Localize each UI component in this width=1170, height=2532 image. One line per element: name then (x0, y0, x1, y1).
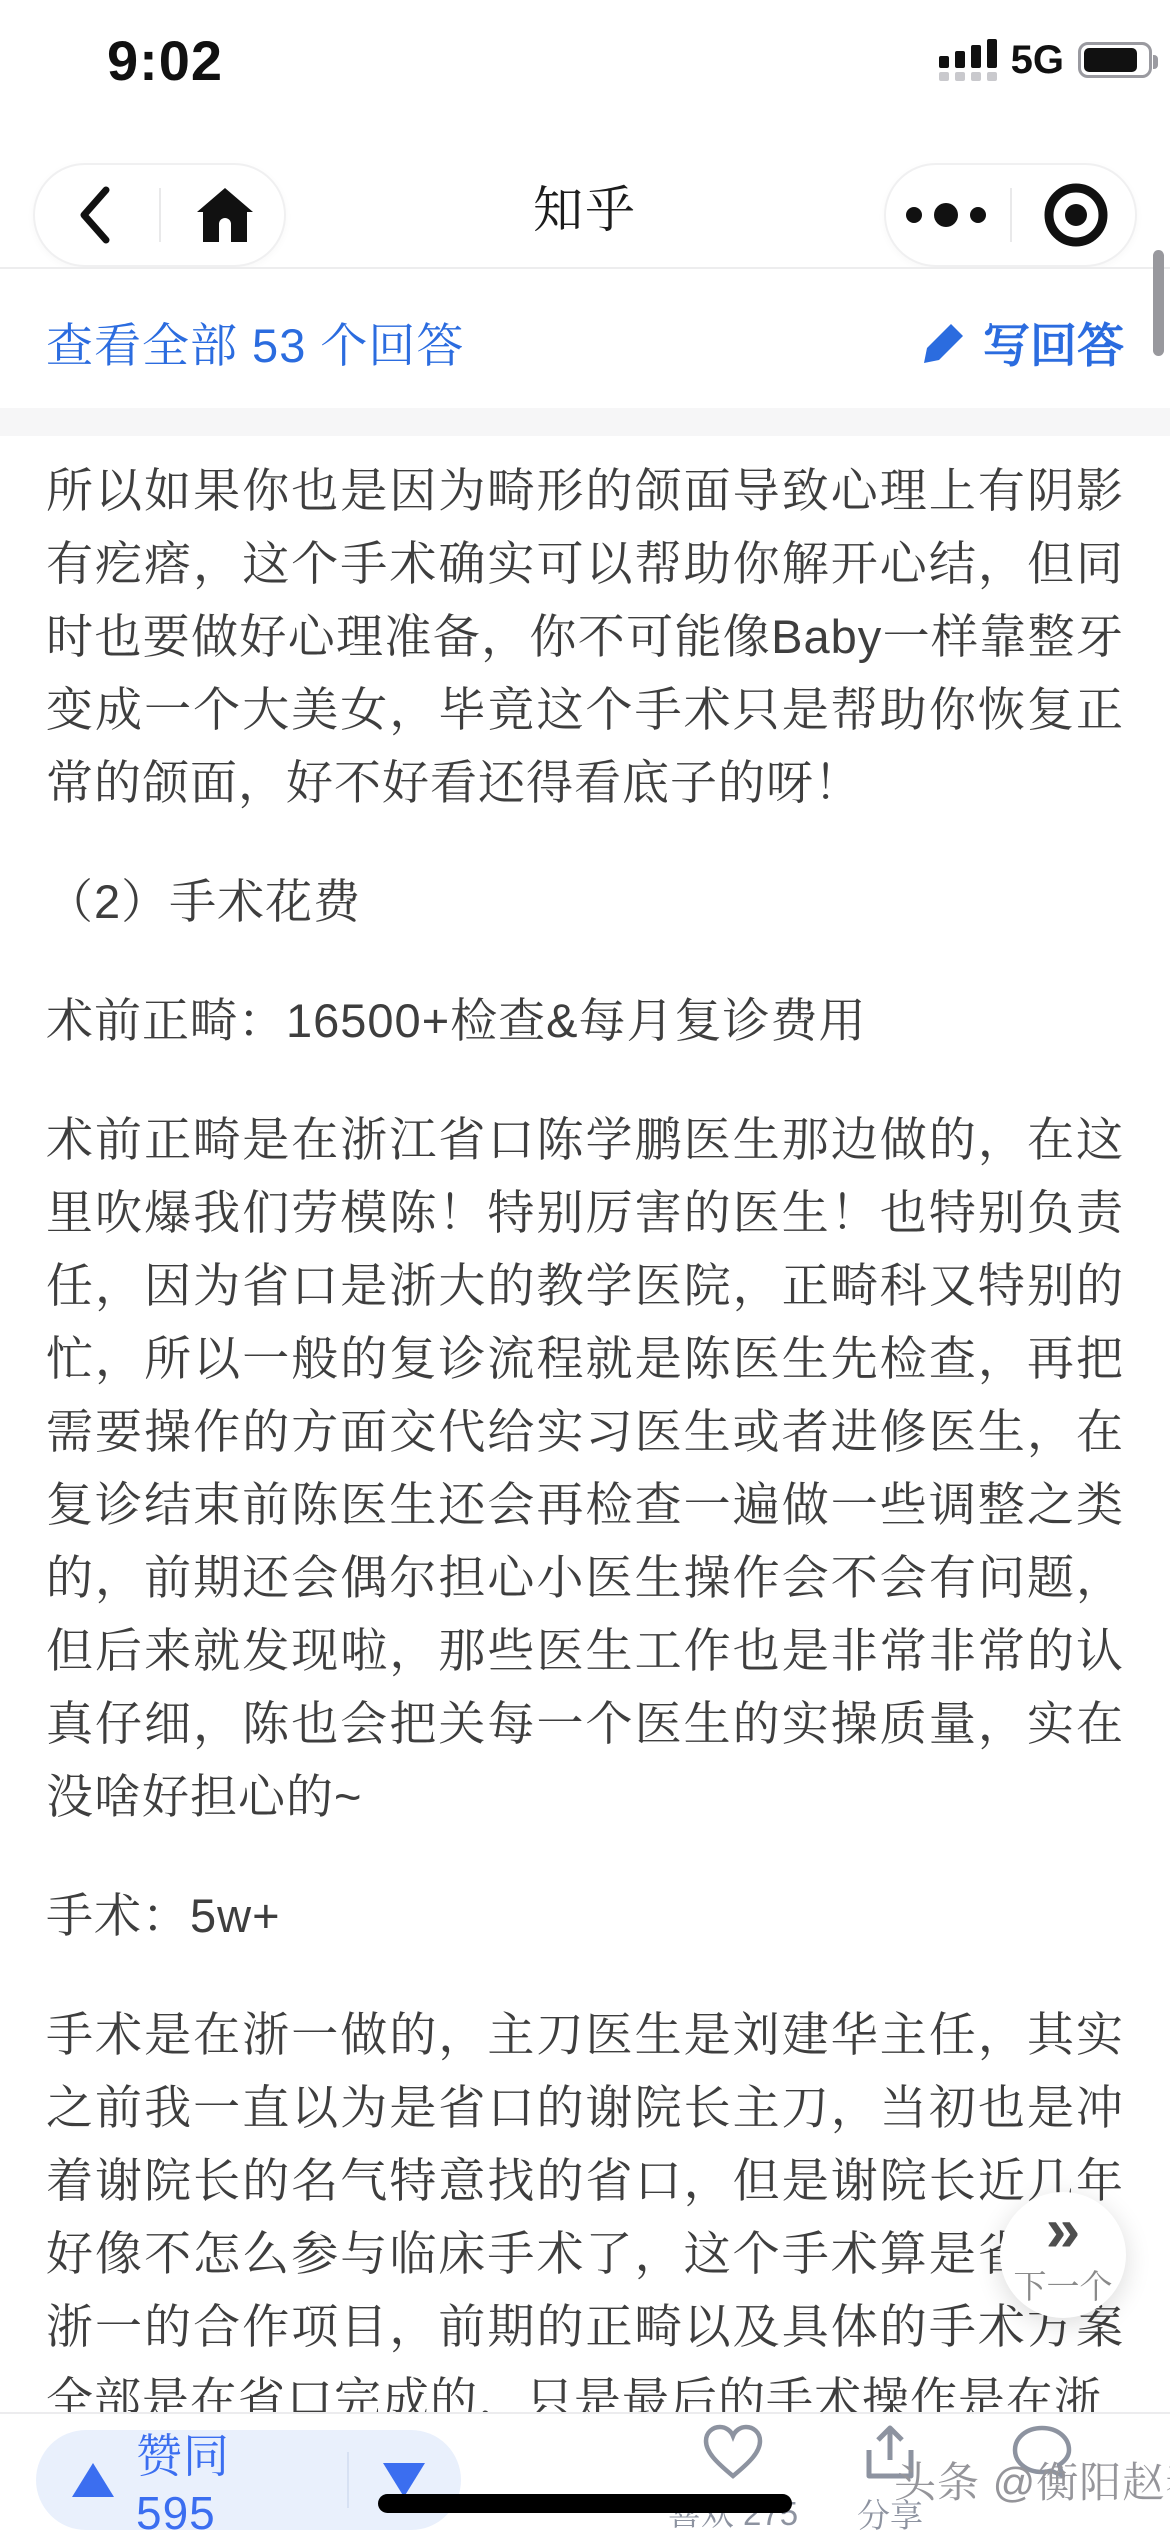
exit-button[interactable] (1021, 165, 1131, 265)
surgery-cost-line: 手术：5w+ (46, 1879, 1124, 1952)
scrollbar[interactable] (1153, 250, 1164, 356)
section-heading: （2）手术花费 (46, 865, 1124, 938)
vote-divider (347, 2452, 349, 2508)
write-answer-button[interactable]: 写回答 (921, 309, 1124, 376)
network-type-label: 5G (1011, 38, 1064, 83)
home-indicator (378, 2494, 792, 2513)
status-time: 9:02 (70, 28, 260, 93)
paragraph: 术前正畸是在浙江省口陈学鹏医生那边做的，在这里吹爆我们劳模陈！特别厉害的医生！也… (46, 1103, 1124, 1833)
write-answer-label: 写回答 (983, 309, 1124, 376)
upvote-count: 赞同 595 (136, 2420, 317, 2532)
downvote-triangle-icon (383, 2463, 425, 2497)
status-bar: 9:02 5G (0, 0, 1170, 110)
battery-icon (1078, 42, 1152, 78)
nav-bar: 知乎 (0, 110, 1170, 267)
like-button[interactable]: 喜欢 275 (663, 2424, 803, 2532)
heart-icon (702, 2424, 764, 2482)
paragraph: 手术是在浙一做的，主刀医生是刘建华主任，其实之前我一直以为是省口的谢院长主刀，当… (46, 1998, 1124, 2412)
miniprogram-capsule (884, 163, 1137, 267)
answer-content: 所以如果你也是因为畸形的颌面导致心理上有阴影有疙瘩，这个手术确实可以帮助你解开心… (0, 436, 1170, 2412)
next-answer-label: 下一个 (1014, 2261, 1113, 2308)
ortho-cost-line: 术前正畸：16500+检查&每月复诊费用 (46, 984, 1124, 1057)
double-chevron-right-icon: » (1046, 2203, 1080, 2259)
section-separator (0, 408, 1170, 436)
status-icons: 5G (939, 34, 1152, 86)
paragraph: 所以如果你也是因为畸形的颌面导致心理上有阴影有疙瘩，这个手术确实可以帮助你解开心… (46, 454, 1124, 819)
more-dots-icon (904, 200, 988, 230)
next-answer-button[interactable]: » 下一个 (1000, 2192, 1126, 2318)
more-button[interactable] (891, 165, 1001, 265)
vote-pill: 赞同 595 (36, 2430, 461, 2530)
answer-header: 查看全部 53 个回答 写回答 (0, 269, 1170, 408)
view-all-answers-link[interactable]: 查看全部 53 个回答 (46, 309, 464, 376)
upvote-button[interactable]: 赞同 595 (72, 2420, 317, 2532)
bullseye-icon (1043, 182, 1109, 248)
upvote-triangle-icon (72, 2463, 114, 2497)
downvote-button[interactable] (383, 2463, 425, 2497)
pencil-icon (921, 320, 967, 366)
watermark: 头条 @衡阳赵春梅 (894, 2450, 1170, 2510)
cellular-signal-icon (939, 39, 997, 81)
capsule-divider (1010, 188, 1012, 242)
